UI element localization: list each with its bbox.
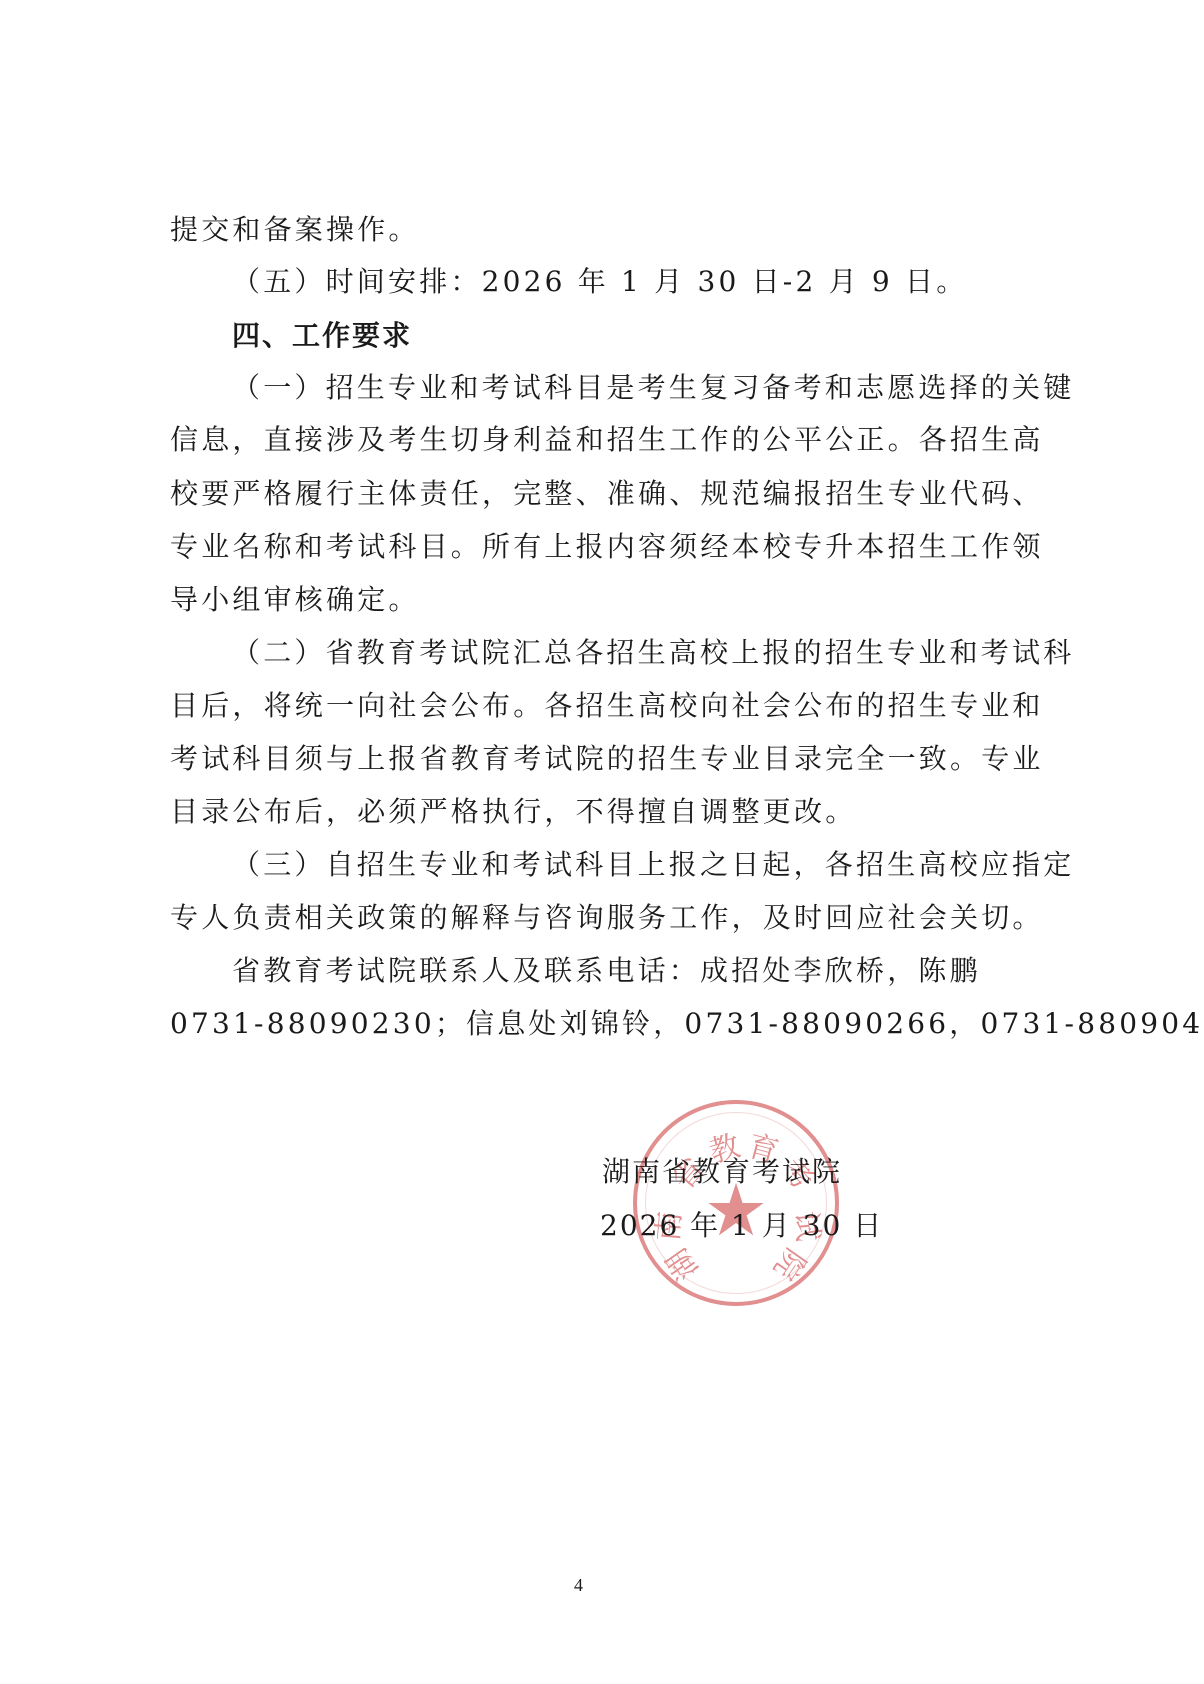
page-number: 4 — [574, 1575, 583, 1596]
body-text-line: 目录公布后，必须严格执行，不得擅自调整更改。 — [170, 792, 856, 832]
body-text-line: （二）省教育考试院汇总各招生高校上报的招生专业和考试科 — [232, 633, 1074, 673]
body-text-line: 专业名称和考试科目。所有上报内容须经本校专升本招生工作领 — [170, 527, 1044, 567]
official-seal: ★ 省 教 育 考 南 湖 试 院 — [633, 1100, 839, 1306]
body-text-line: 提交和备案操作。 — [170, 210, 420, 250]
body-text-line: 省教育考试院联系人及联系电话：成招处李欣桥，陈鹏 — [232, 951, 981, 991]
section-heading: 四、工作要求 — [232, 316, 412, 356]
body-text-line: 考试科目须与上报省教育考试院的招生专业目录完全一致。专业 — [170, 739, 1044, 779]
body-text-line: 0731-88090230；信息处刘锦铃，0731-88090266，0731-… — [170, 1004, 1204, 1044]
signature-date: 2026 年 1 月 30 日 — [600, 1206, 883, 1246]
body-text-line: （三）自招生专业和考试科目上报之日起，各招生高校应指定 — [232, 845, 1074, 885]
body-text-line: 导小组审核确定。 — [170, 580, 420, 620]
body-text-line: 专人负责相关政策的解释与咨询服务工作，及时回应社会关切。 — [170, 898, 1044, 938]
body-text-line: （一）招生专业和考试科目是考生复习备考和志愿选择的关键 — [232, 368, 1074, 408]
body-text-line: （五）时间安排：2026 年 1 月 30 日-2 月 9 日。 — [232, 262, 967, 302]
body-text-line: 信息，直接涉及考生切身利益和招生工作的公平公正。各招生高 — [170, 420, 1044, 460]
body-text-line: 校要严格履行主体责任，完整、准确、规范编报招生专业代码、 — [170, 474, 1044, 514]
signature-organization: 湖南省教育考试院 — [602, 1152, 842, 1192]
body-text-line: 目后，将统一向社会公布。各招生高校向社会公布的招生专业和 — [170, 686, 1044, 726]
